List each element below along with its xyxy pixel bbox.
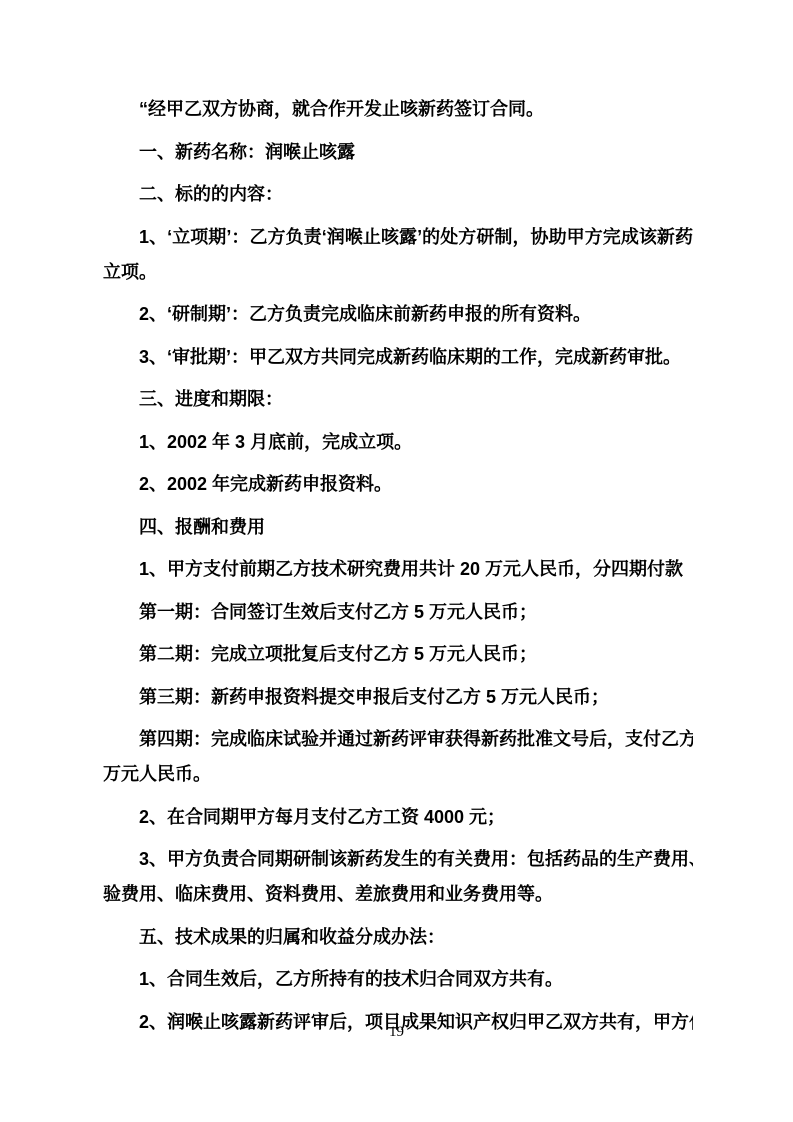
document-body: “经甲乙双方协商，就合作开发止咳新药签订合同。一、新药名称：润喉止咳露二、标的的… (103, 92, 693, 1047)
paragraph: 1、‘立项期’：乙方负责‘润喉止咳露’的处方研制，协助甲方完成该新药立项。 (103, 220, 693, 290)
paragraph: 一、新药名称：润喉止咳露 (103, 135, 693, 170)
text-line: 2、在合同期甲方每月支付乙方工资 4000 元； (103, 800, 693, 835)
text-line: 二、标的的内容： (103, 177, 693, 212)
text-line: 第二期：完成立项批复后支付乙方 5 万元人民币； (103, 637, 693, 672)
text-line: 1、2002 年 3 月底前，完成立项。 (103, 425, 693, 460)
paragraph: 五、技术成果的归属和收益分成办法： (103, 920, 693, 955)
paragraph: 第二期：完成立项批复后支付乙方 5 万元人民币； (103, 637, 693, 672)
text-line: 第一期：合同签订生效后支付乙方 5 万元人民币； (103, 595, 693, 630)
paragraph: 1、合同生效后，乙方所持有的技术归合同双方共有。 (103, 962, 693, 997)
text-line: 1、甲方支付前期乙方技术研究费用共计 20 万元人民币，分四期付款 (103, 552, 693, 587)
text-line: 一、新药名称：润喉止咳露 (103, 135, 693, 170)
page-number: 19 (0, 1022, 793, 1042)
text-line: “经甲乙双方协商，就合作开发止咳新药签订合同。 (103, 92, 693, 127)
paragraph: 二、标的的内容： (103, 177, 693, 212)
paragraph: 第一期：合同签订生效后支付乙方 5 万元人民币； (103, 595, 693, 630)
document-page: “经甲乙双方协商，就合作开发止咳新药签订合同。一、新药名称：润喉止咳露二、标的的… (0, 0, 793, 1122)
text-line: 3、‘审批期’：甲乙双方共同完成新药临床期的工作，完成新药审批。 (103, 340, 693, 375)
text-line: 立项。 (103, 255, 693, 290)
paragraph: 四、报酬和费用 (103, 510, 693, 545)
paragraph: 2、2002 年完成新药申报资料。 (103, 467, 693, 502)
paragraph: 2、‘研制期’：乙方负责完成临床前新药申报的所有资料。 (103, 297, 693, 332)
text-line: 3、甲方负责合同期研制该新药发生的有关费用：包括药品的生产费用、试 (103, 842, 693, 877)
paragraph: “经甲乙双方协商，就合作开发止咳新药签订合同。 (103, 92, 693, 127)
text-line: 2、2002 年完成新药申报资料。 (103, 467, 693, 502)
paragraph: 3、‘审批期’：甲乙双方共同完成新药临床期的工作，完成新药审批。 (103, 340, 693, 375)
paragraph: 三、进度和期限： (103, 382, 693, 417)
text-line: 1、‘立项期’：乙方负责‘润喉止咳露’的处方研制，协助甲方完成该新药 (103, 220, 693, 255)
text-line: 第三期：新药申报资料提交申报后支付乙方 5 万元人民币； (103, 680, 693, 715)
paragraph: 第四期：完成临床试验并通过新药评审获得新药批准文号后，支付乙方 5万元人民币。 (103, 722, 693, 792)
text-line: 三、进度和期限： (103, 382, 693, 417)
text-line: 验费用、临床费用、资料费用、差旅费用和业务费用等。 (103, 877, 693, 912)
text-line: 四、报酬和费用 (103, 510, 693, 545)
paragraph: 1、甲方支付前期乙方技术研究费用共计 20 万元人民币，分四期付款 (103, 552, 693, 587)
text-line: 第四期：完成临床试验并通过新药评审获得新药批准文号后，支付乙方 5 (103, 722, 693, 757)
paragraph: 第三期：新药申报资料提交申报后支付乙方 5 万元人民币； (103, 680, 693, 715)
paragraph: 3、甲方负责合同期研制该新药发生的有关费用：包括药品的生产费用、试验费用、临床费… (103, 842, 693, 912)
paragraph: 1、2002 年 3 月底前，完成立项。 (103, 425, 693, 460)
text-line: 万元人民币。 (103, 757, 693, 792)
text-line: 五、技术成果的归属和收益分成办法： (103, 920, 693, 955)
text-line: 1、合同生效后，乙方所持有的技术归合同双方共有。 (103, 962, 693, 997)
text-line: 2、‘研制期’：乙方负责完成临床前新药申报的所有资料。 (103, 297, 693, 332)
paragraph: 2、在合同期甲方每月支付乙方工资 4000 元； (103, 800, 693, 835)
